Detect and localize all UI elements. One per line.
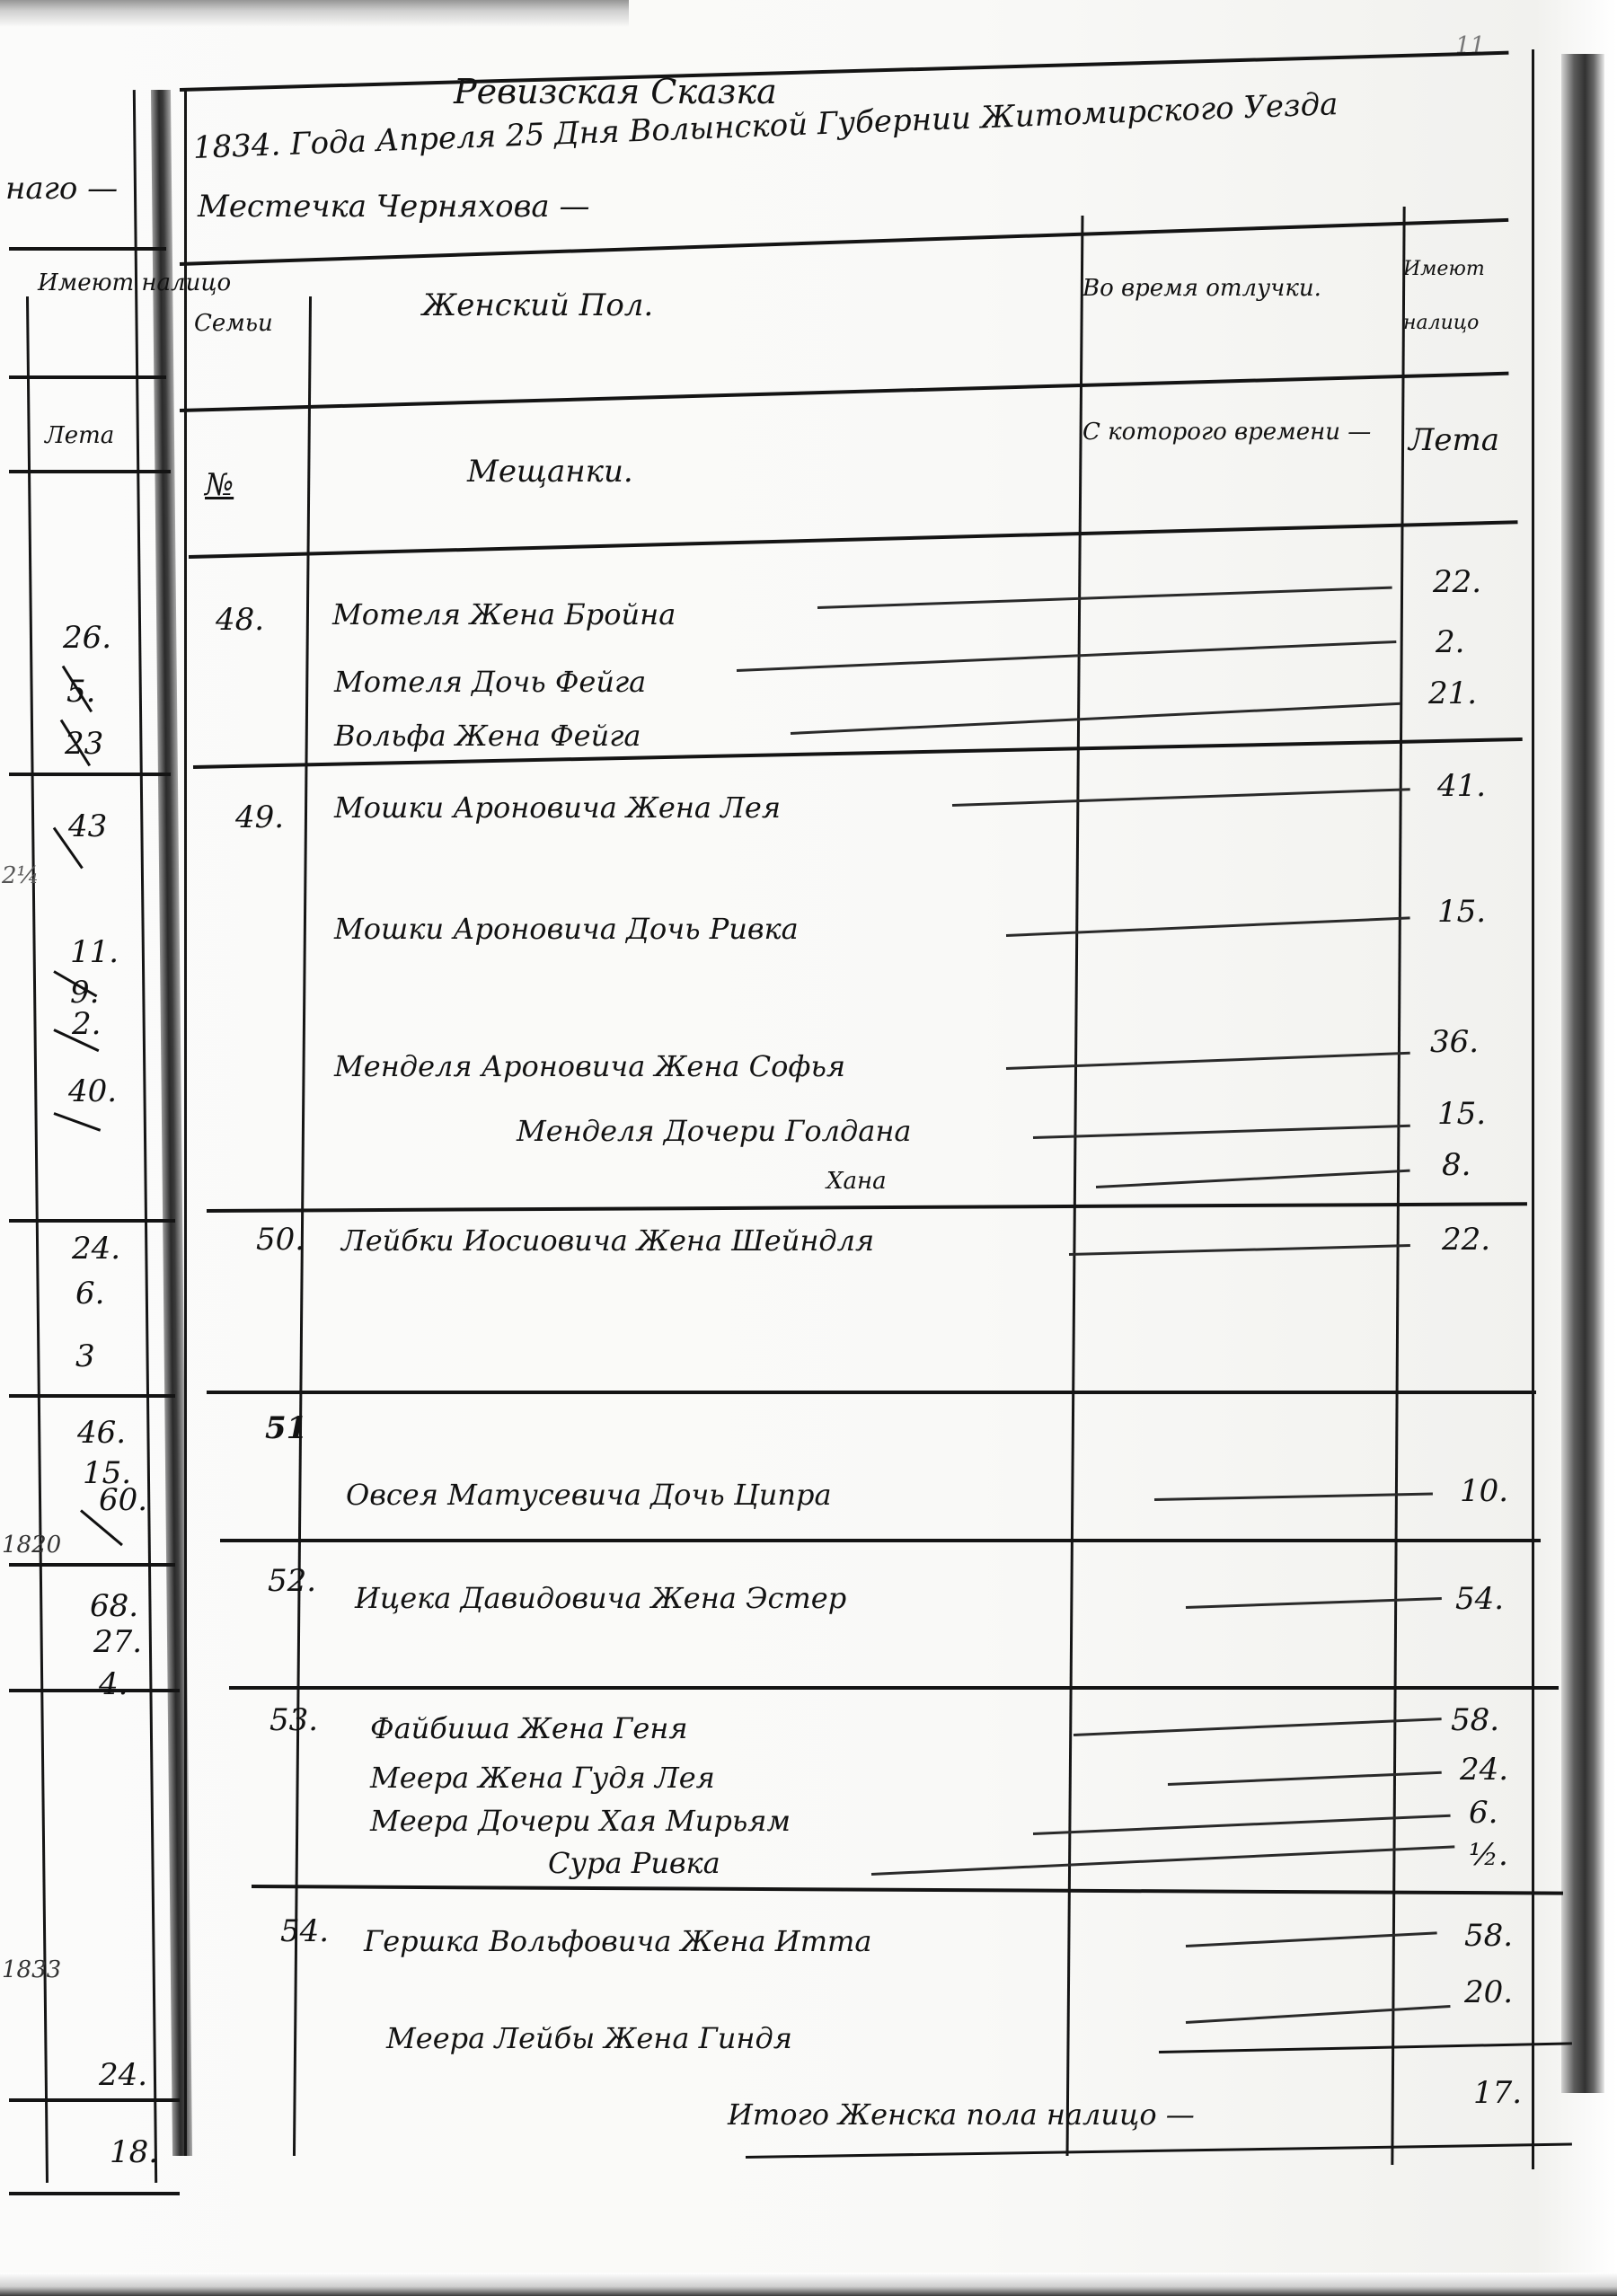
filler-dash <box>1186 2005 1451 2024</box>
entry-name: Мошки Ароновича Дочь Ривка <box>334 912 799 946</box>
col-rule-right <box>1532 49 1534 2169</box>
document-subtitle-line2: Местечка Черняхова — <box>198 189 589 225</box>
entry-age: 8. <box>1442 1147 1471 1183</box>
left-num: 2. <box>72 1006 101 1042</box>
left-rule-7 <box>9 1563 175 1567</box>
entry-name: Мотеля Жена Бройна <box>332 597 676 631</box>
left-rule-9 <box>9 2098 180 2102</box>
rule-family-52 <box>229 1686 1559 1690</box>
filler-dash <box>1154 1493 1433 1501</box>
rule-family-51 <box>220 1539 1541 1542</box>
left-rule-4 <box>9 773 171 776</box>
left-page-fragment-text: наго — <box>5 171 118 207</box>
entry-age: 6. <box>1469 1795 1498 1831</box>
entry-name: Менделя Дочери Голдана <box>517 1114 911 1148</box>
entry-age: 36. <box>1430 1024 1479 1060</box>
left-rule-10 <box>9 2192 180 2195</box>
scan-bottom-edge <box>0 2273 1617 2296</box>
left-num: 40. <box>68 1073 117 1109</box>
entry-name: Хана <box>826 1168 887 1195</box>
left-header-top: Имеют налицо <box>38 269 231 296</box>
family-number-54: 54. <box>280 1913 329 1949</box>
scan-top-shadow <box>0 0 629 27</box>
filler-dash <box>1074 1718 1442 1736</box>
total-label: Итого Женска пола налицо — <box>728 2097 1195 2132</box>
entry-age: 21. <box>1428 676 1477 711</box>
entry-age: 24. <box>1460 1752 1508 1788</box>
header-names-sub: Мещанки. <box>467 454 633 490</box>
rule-header-bottom <box>189 520 1518 559</box>
filler-dash <box>817 587 1392 609</box>
filler-dash <box>1168 1771 1442 1786</box>
entry-name: Меера Жена Гудя Лея <box>370 1761 715 1795</box>
filler-dash <box>1069 1244 1410 1256</box>
entry-name: Меера Лейбы Жена Гиндя <box>386 2021 792 2055</box>
left-header-bottom: Лета <box>45 422 114 449</box>
left-num: 11. <box>70 934 119 970</box>
left-rule-5 <box>9 1219 175 1223</box>
filler-dash <box>1096 1170 1410 1188</box>
header-present-sub: Лета <box>1409 422 1499 458</box>
left-num: 4. <box>99 1666 128 1702</box>
left-rule-2 <box>9 375 166 379</box>
col-rule-present <box>1391 207 1405 2165</box>
book-binding-edge <box>1561 54 1604 2093</box>
left-stray-note-1: 2¼ <box>2 862 40 889</box>
entry-age: 22. <box>1433 564 1481 600</box>
entry-name: Гершка Вольфовича Жена Итта <box>364 1924 871 1958</box>
left-num: 68. <box>90 1588 138 1624</box>
left-num: 46. <box>77 1415 126 1451</box>
left-stray-note-3: 1833 <box>2 1956 61 1983</box>
header-absent: Во время отлучки. <box>1082 256 1379 321</box>
filler-dash <box>1186 1597 1442 1609</box>
entry-age: 15. <box>1437 1096 1486 1132</box>
col-rule-left <box>184 90 187 2156</box>
rule-family-49 <box>207 1202 1527 1213</box>
filler-dash <box>737 640 1396 672</box>
filler-dash <box>791 702 1401 735</box>
family-number-50: 50. <box>256 1222 305 1258</box>
entry-name: Мотеля Дочь Фейга <box>334 665 646 699</box>
header-absent-sub: С которого времени — <box>1082 404 1379 460</box>
left-fragment-rule-a <box>26 296 49 2183</box>
left-num: 9. <box>70 975 99 1011</box>
left-num: 27. <box>93 1624 142 1660</box>
left-rule-6 <box>9 1394 175 1398</box>
left-num: 3 <box>75 1338 95 1374</box>
entry-name: Лейбки Иосиовича Жена Шейндля <box>341 1223 874 1258</box>
left-num: 43 <box>68 808 107 844</box>
entry-name: Овсея Матусевича Дочь Ципра <box>346 1478 832 1512</box>
entry-age: 58. <box>1464 1918 1513 1954</box>
left-rule-1 <box>9 247 166 251</box>
rule-family-53 <box>252 1885 1563 1895</box>
entry-name: Ицека Давидовича Жена Эстер <box>355 1581 846 1615</box>
entry-name: Сура Ривка <box>548 1846 720 1880</box>
filler-dash <box>871 1845 1454 1876</box>
rule-family-54 <box>1159 2042 1572 2053</box>
entry-age: 2. <box>1436 624 1464 660</box>
entry-age: ½. <box>1469 1837 1508 1873</box>
filler-dash <box>1033 1125 1410 1139</box>
entry-age: 10. <box>1460 1473 1508 1509</box>
left-num: 60. <box>99 1482 147 1518</box>
entry-age: 58. <box>1451 1702 1499 1738</box>
entry-name: Мошки Ароновича Жена Лея <box>334 790 781 825</box>
left-num: 24. <box>72 1231 120 1267</box>
filler-dash <box>1006 916 1410 937</box>
left-rule-8 <box>9 1689 180 1692</box>
rule-total <box>746 2143 1572 2159</box>
family-number-53: 53. <box>269 1702 318 1738</box>
filler-dash <box>952 788 1410 807</box>
entry-name: Менделя Ароновича Жена Софья <box>334 1049 845 1083</box>
filler-dash <box>1033 1815 1451 1835</box>
left-num: 6. <box>75 1276 104 1311</box>
left-num: 24. <box>99 2057 147 2093</box>
left-num: 18. <box>110 2134 158 2170</box>
entry-age: 54. <box>1455 1581 1504 1617</box>
tally-slash <box>53 1112 101 1132</box>
document-page: 11 Ревизская Сказка 1834. Года Апреля 25… <box>0 0 1617 2296</box>
header-names: Женский Пол. <box>422 287 653 323</box>
entry-age: 41. <box>1437 768 1486 804</box>
entry-age: 15. <box>1437 894 1486 930</box>
filler-dash <box>1006 1052 1410 1070</box>
rule-family-50 <box>207 1391 1536 1394</box>
filler-dash <box>1186 1931 1437 1947</box>
header-family: Семьи <box>194 310 273 337</box>
entry-name: Файбиша Жена Геня <box>370 1711 688 1745</box>
family-number-49: 49. <box>235 799 284 835</box>
header-present: Имеют налицо <box>1403 243 1520 350</box>
family-number-52: 52. <box>268 1563 316 1599</box>
total-value: 17. <box>1473 2075 1522 2111</box>
family-number-48: 48. <box>216 602 264 638</box>
entry-name: Вольфа Жена Фейга <box>334 719 641 753</box>
header-family-number: № <box>205 467 234 503</box>
rule-top <box>180 51 1509 92</box>
left-num: 26. <box>63 620 111 656</box>
entry-age: 22. <box>1442 1222 1490 1258</box>
entry-name: Меера Дочери Хая Мирьям <box>370 1804 791 1838</box>
family-number-51: 51 <box>265 1410 307 1446</box>
entry-age: 20. <box>1464 1974 1513 2010</box>
left-rule-3 <box>9 470 171 473</box>
left-stray-note-2: 1820 <box>2 1532 61 1559</box>
